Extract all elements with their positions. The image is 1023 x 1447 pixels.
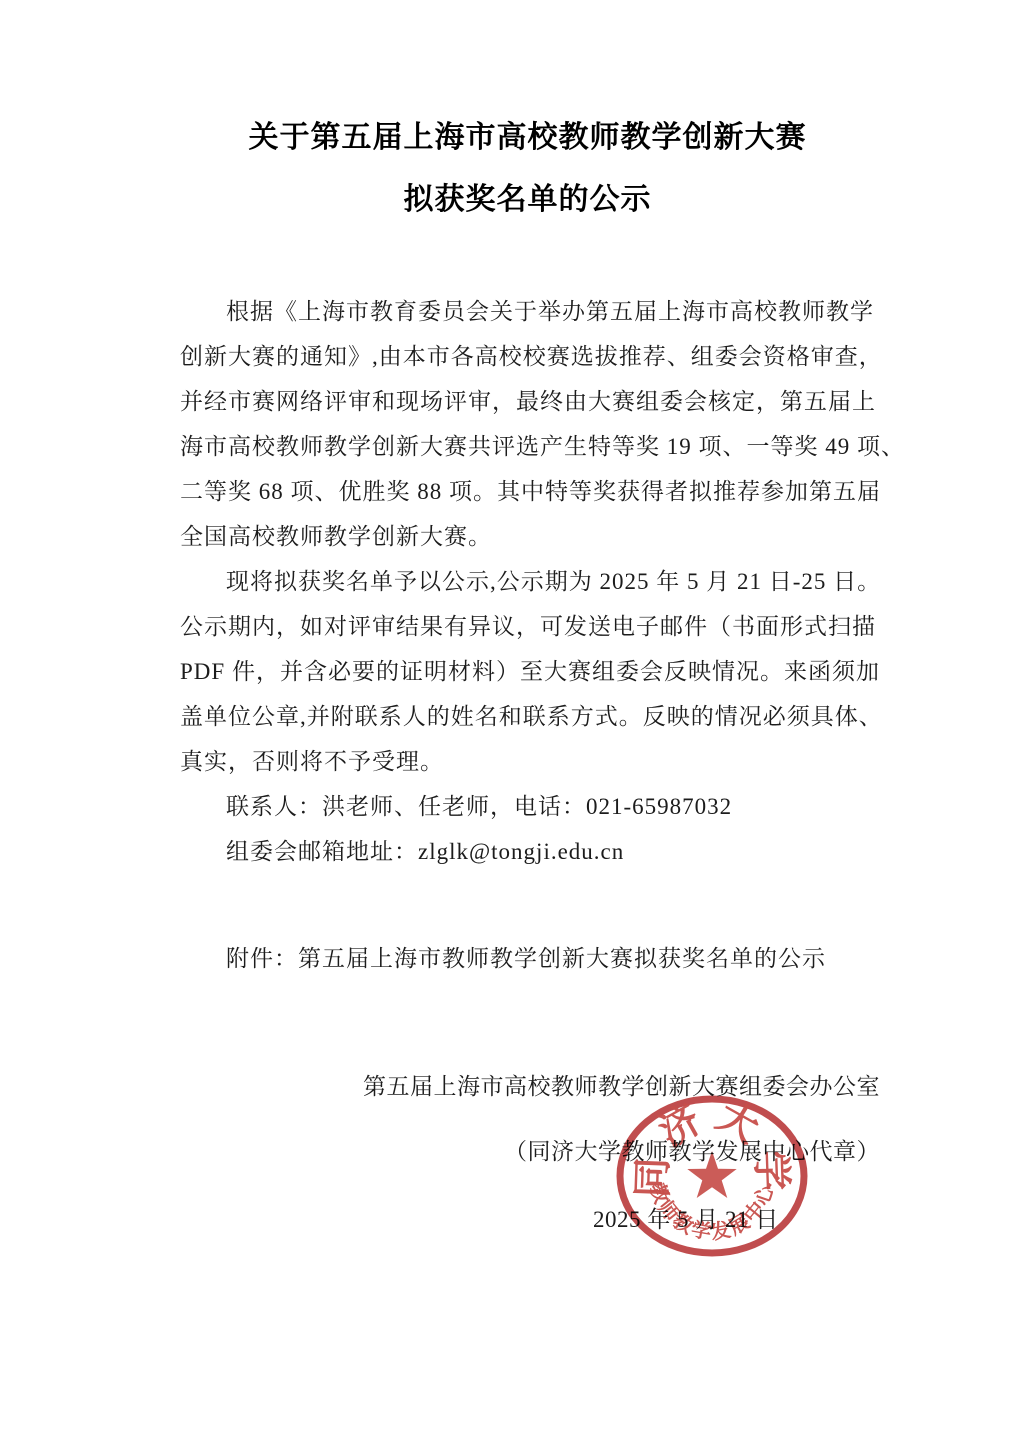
signature-org-line: 第五届上海市高校教师教学创新大赛组委会办公室 [180, 1064, 880, 1109]
signature-proxy-line: （同济大学教师教学发展中心代章） [180, 1129, 880, 1174]
body-line: 二等奖 68 项、优胜奖 88 项。其中特等奖获得者拟推荐参加第五届 [180, 469, 890, 514]
email-line: 组委会邮箱地址：zlglk@tongji.edu.cn [180, 829, 890, 874]
document-date: 2025 年 5 月 21 日 [593, 1197, 779, 1242]
attachment-line: 附件：第五届上海市教师教学创新大赛拟获奖名单的公示 [226, 936, 826, 981]
body-line: 公示期内，如对评审结果有异议，可发送电子邮件（书面形式扫描 [180, 604, 890, 649]
document-page: 关于第五届上海市高校教师教学创新大赛 拟获奖名单的公示 根据《上海市教育委员会关… [0, 0, 1023, 1447]
body-line: 真实，否则将不予受理。 [180, 739, 890, 784]
contact-line: 联系人：洪老师、任老师，电话：021-65987032 [180, 784, 890, 829]
body-line: 现将拟获奖名单予以公示,公示期为 2025 年 5 月 21 日-25 日。 [180, 559, 890, 604]
body-line: 创新大赛的通知》,由本市各高校校赛选拔推荐、组委会资格审查， [180, 334, 890, 379]
body-line: 根据《上海市教育委员会关于举办第五届上海市高校教师教学 [180, 289, 890, 334]
document-body: 根据《上海市教育委员会关于举办第五届上海市高校教师教学 创新大赛的通知》,由本市… [180, 289, 890, 874]
body-line: 海市高校教师教学创新大赛共评选产生特等奖 19 项、一等奖 49 项、 [180, 424, 890, 469]
document-title-line-1: 关于第五届上海市高校教师教学创新大赛 [180, 119, 875, 157]
body-line: PDF 件，并含必要的证明材料）至大赛组委会反映情况。来函须加 [180, 649, 890, 694]
document-title-line-2: 拟获奖名单的公示 [180, 181, 875, 219]
body-line: 并经市赛网络评审和现场评审，最终由大赛组委会核定，第五届上 [180, 379, 890, 424]
body-line: 盖单位公章,并附联系人的姓名和联系方式。反映的情况必须具体、 [180, 694, 890, 739]
body-line: 全国高校教师教学创新大赛。 [180, 514, 890, 559]
